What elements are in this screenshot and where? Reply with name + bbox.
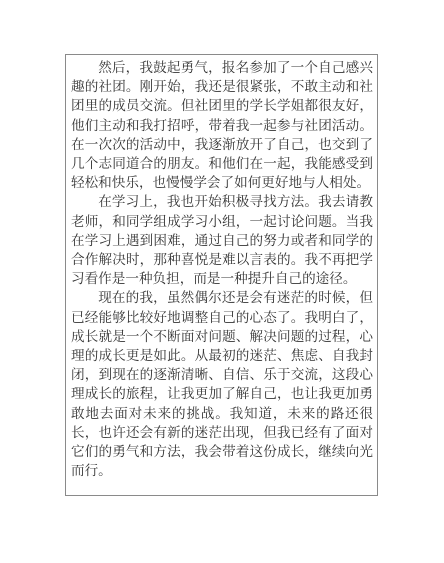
paragraph-club: 然后，我鼓起勇气，报名参加了一个自己感兴趣的社团。刚开始，我还是很紧张，不敢主动…	[71, 59, 373, 193]
paragraph-growth: 现在的我，虽然偶尔还是会有迷茫的时候，但已经能够比较好地调整自己的心态了。我明白…	[71, 289, 373, 481]
document-frame: 然后，我鼓起勇气，报名参加了一个自己感兴趣的社团。刚开始，我还是很紧张，不敢主动…	[65, 54, 378, 496]
document-body: 然后，我鼓起勇气，报名参加了一个自己感兴趣的社团。刚开始，我还是很紧张，不敢主动…	[71, 59, 373, 481]
paragraph-study: 在学习上，我也开始积极寻找方法。我去请教老师，和同学组成学习小组，一起讨论问题。…	[71, 193, 373, 289]
